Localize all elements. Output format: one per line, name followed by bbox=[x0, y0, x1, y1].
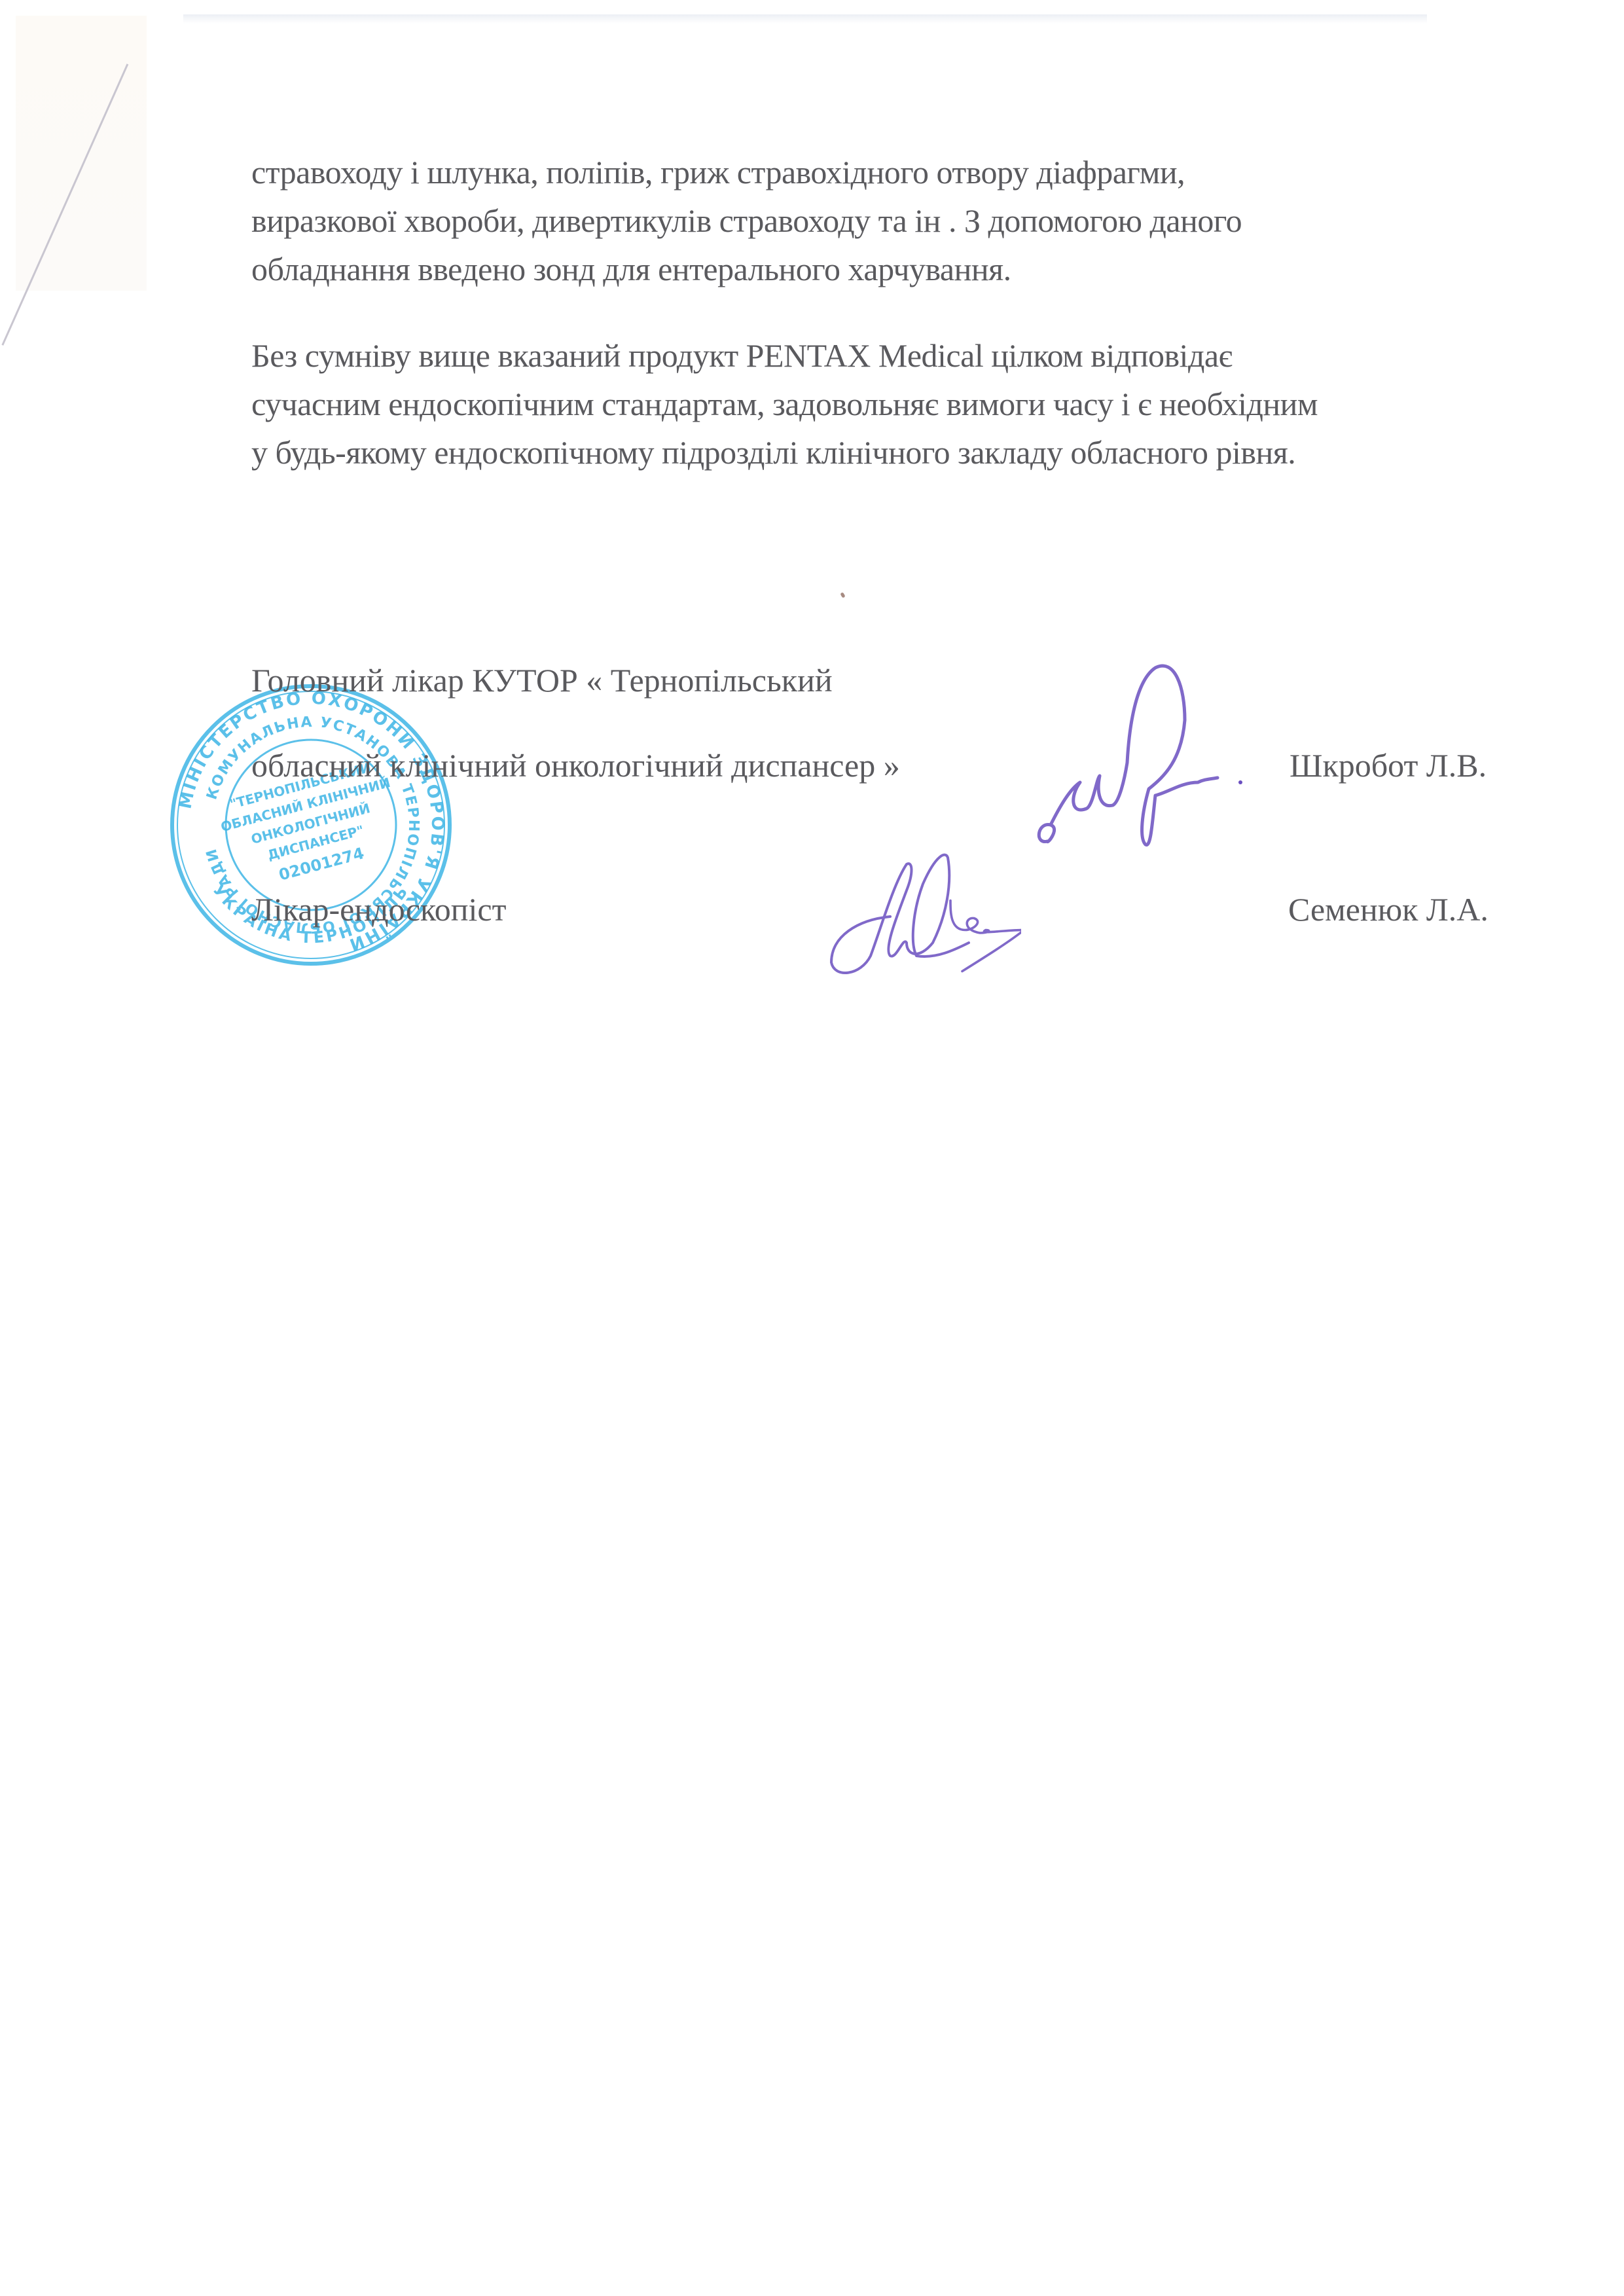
handwritten-signature-1 bbox=[1008, 648, 1244, 858]
handwritten-signature-2 bbox=[785, 845, 1021, 1002]
text-line: сучасним ендоскопічним стандартам, задов… bbox=[251, 380, 1528, 428]
ink-speck bbox=[840, 592, 845, 598]
text-line: обладнання введено зонд для ентерального… bbox=[251, 245, 1528, 293]
signatory-1-title-line1: Головний лікар КУТОР « Тернопільський bbox=[251, 661, 833, 699]
text-line: стравоходу і шлунка, поліпів, гриж страв… bbox=[251, 148, 1528, 196]
signatory-1-title-line2: обласний клінічний онкологічний диспансе… bbox=[251, 746, 900, 784]
paragraph-conclusion: Без сумніву вище вказаний продукт PENTAX… bbox=[251, 331, 1528, 477]
text-line: виразкової хвороби, дивертикулів стравох… bbox=[251, 196, 1528, 245]
signatory-1-name: Шкробот Л.В. bbox=[1290, 746, 1487, 784]
scan-shadow bbox=[183, 14, 1427, 24]
text-line: Без сумніву вище вказаний продукт PENTAX… bbox=[251, 331, 1528, 380]
text-line: у будь-якому ендоскопічному підрозділі к… bbox=[251, 428, 1528, 477]
signatory-2-title: Лікар-ендоскопіст bbox=[251, 890, 506, 928]
scan-edge bbox=[16, 16, 147, 291]
paragraph-findings: стравоходу і шлунка, поліпів, гриж страв… bbox=[251, 148, 1528, 293]
signatory-2-name: Семенюк Л.А. bbox=[1288, 890, 1489, 928]
